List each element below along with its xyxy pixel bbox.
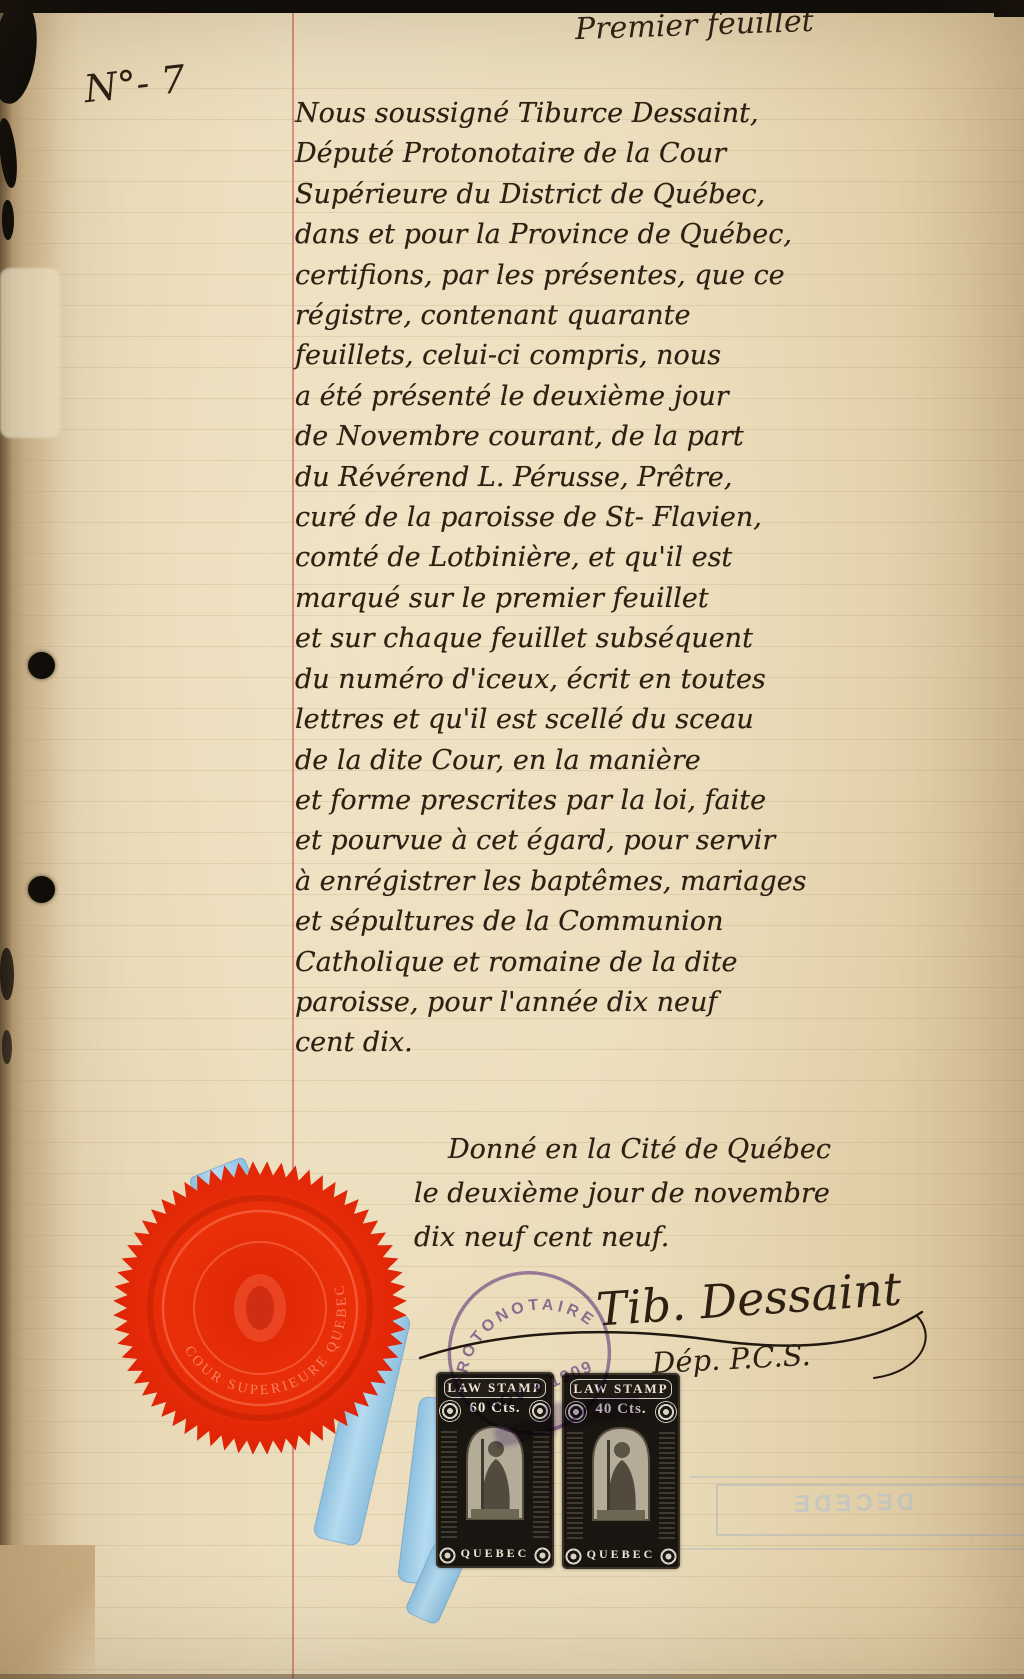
handwritten-line: Député Protonotaire de la Cour — [295, 134, 965, 174]
photo-edge — [0, 0, 1024, 13]
handwritten-line: et sépultures de la Communion — [295, 902, 965, 942]
handwritten-line: dans et pour la Province de Québec, — [295, 215, 965, 255]
rosette-icon — [565, 1548, 582, 1565]
handwritten-line: a été présenté le deuxième jour — [295, 377, 965, 417]
tape-repair — [0, 268, 60, 438]
engraved-border — [567, 1429, 583, 1541]
photo-edge — [0, 1674, 1024, 1679]
ink-stain — [0, 948, 14, 1000]
closing-text: Donné en la Cité de Québec le deuxième j… — [414, 1128, 831, 1260]
register-page: DECEDE Premier feuillet N°- 7 Nous souss… — [0, 0, 1024, 1679]
handwritten-line: Donné en la Cité de Québec — [414, 1128, 831, 1172]
certificate-text: Nous soussigné Tiburce Dessaint, Député … — [295, 94, 965, 1064]
handwritten-line: du numéro d'iceux, écrit en toutes — [295, 660, 965, 700]
handwritten-line: Catholique et romaine de la dite — [295, 943, 965, 983]
rosette-icon — [660, 1548, 677, 1565]
ink-stain — [2, 1030, 12, 1064]
handwritten-line: certifions, par les présentes, que ce — [295, 256, 965, 296]
handwritten-line: paroisse, pour l'année dix neuf — [295, 983, 965, 1023]
handwritten-line: le deuxième jour de novembre — [414, 1172, 831, 1216]
handwritten-line: comté de Lotbinière, et qu'il est — [295, 538, 965, 578]
bleed-line — [680, 1548, 1024, 1550]
seal-crest-core — [246, 1286, 274, 1330]
law-stamp-footer: QUEBEC — [587, 1547, 656, 1562]
red-wax-seal: COUR SUPERIEURE QUEBEC — [110, 1158, 410, 1458]
handwritten-line: de la dite Cour, en la manière — [295, 741, 965, 781]
handwritten-line: dix neuf cent neuf. — [414, 1216, 831, 1260]
bleed-line — [690, 1476, 1024, 1478]
worn-corner — [0, 1545, 95, 1679]
rosette-icon — [534, 1547, 551, 1564]
photo-edge — [994, 0, 1024, 17]
rosette-icon — [439, 1547, 456, 1564]
handwritten-line: du Révérend L. Pérusse, Prêtre, — [295, 458, 965, 498]
handwritten-line: feuillets, celui-ci compris, nous — [295, 336, 965, 376]
handwritten-line: et pourvue à cet égard, pour servir — [295, 821, 965, 861]
punch-hole — [28, 876, 55, 903]
law-stamp-footer: QUEBEC — [461, 1546, 530, 1561]
engraved-border — [533, 1428, 549, 1540]
justice-figure — [589, 1422, 653, 1522]
rosette-icon — [655, 1401, 677, 1423]
handwritten-line: curé de la paroisse de St- Flavien, — [295, 498, 965, 538]
handwritten-line: marqué sur le premier feuillet — [295, 579, 965, 619]
handwritten-line: et sur chaque feuillet subséquent — [295, 619, 965, 659]
handwritten-line: régistre, contenant quarante — [295, 296, 965, 336]
handwritten-line: à enrégistrer les baptêmes, mariages — [295, 862, 965, 902]
punch-hole — [28, 652, 55, 679]
handwritten-line: cent dix. — [295, 1023, 965, 1063]
handwritten-line: Supérieure du District de Québec, — [295, 175, 965, 215]
engraved-border — [659, 1429, 675, 1541]
handwritten-line: de Novembre courant, de la part — [295, 417, 965, 457]
bleed-decede-text: DECEDE — [790, 1489, 915, 1519]
handwritten-line: et forme prescrites par la loi, faite — [295, 781, 965, 821]
ink-stain — [2, 200, 14, 240]
handwritten-line: lettres et qu'il est scellé du sceau — [295, 700, 965, 740]
worn-left-edge — [0, 0, 12, 1679]
handwritten-line: Nous soussigné Tiburce Dessaint, — [295, 94, 965, 134]
